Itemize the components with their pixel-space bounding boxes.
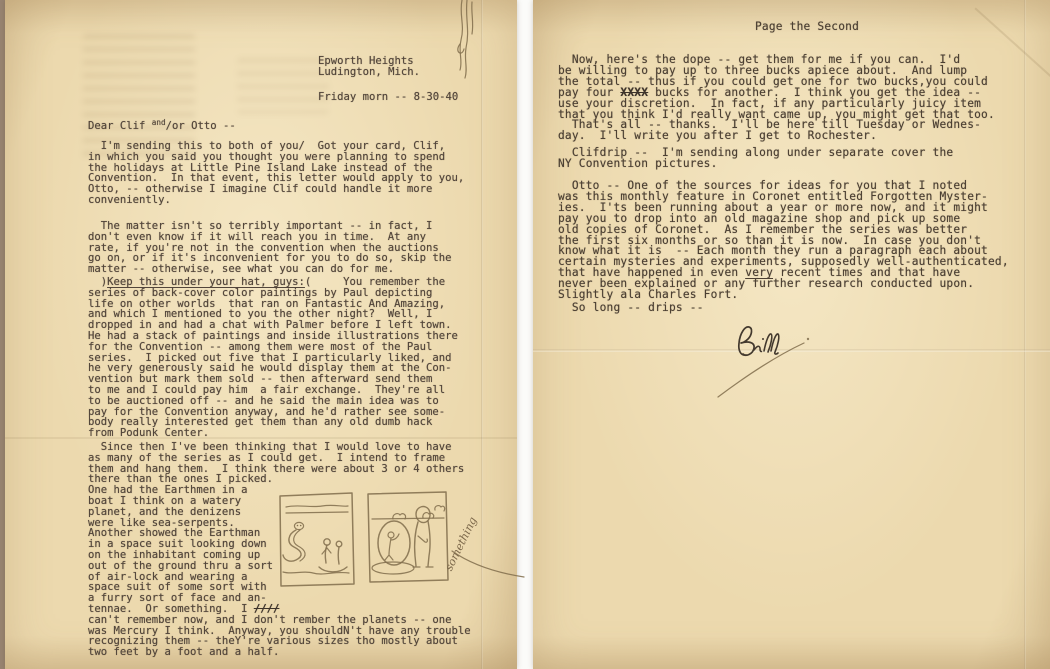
letter-paragraph: Now, here's the dope -- get them for me … — [558, 55, 995, 142]
bleedthrough-smudge — [237, 58, 329, 114]
letter-page-1: Epworth Heights Ludington, Mich. Friday … — [5, 0, 517, 669]
letter-paragraph: Otto -- One of the sources for ideas for… — [558, 181, 1009, 301]
fold-crease-vertical — [1024, 0, 1026, 669]
letter-return-address: Epworth Heights Ludington, Mich. — [318, 56, 420, 78]
letter-paragraph: The matter isn't so terribly important -… — [88, 221, 452, 275]
letter-paragraph: Clifdrip -- I'm sending along under sepa… — [558, 148, 953, 170]
letter-page-2: Page the Second Now, here's the dope -- … — [533, 0, 1050, 669]
pencil-sketches — [275, 488, 455, 588]
letter-paragraph: )Keep this under your hat, guys:( You re… — [88, 277, 458, 439]
signature-bill — [708, 315, 848, 410]
page-2-title: Page the Second — [755, 22, 859, 33]
letter-salutation: Dear Clif and/or Otto -- — [88, 118, 236, 132]
pencil-underline-stroke — [448, 545, 528, 585]
pencil-scribble-icon — [450, 0, 485, 85]
letter-paragraph: I'm sending this to both of you/ Got you… — [88, 141, 464, 206]
letter-date: Friday morn -- 8-30-40 — [318, 92, 458, 103]
scanned-letter: Epworth Heights Ludington, Mich. Friday … — [0, 0, 1050, 669]
letter-closing: So long -- drips -- — [558, 303, 704, 314]
